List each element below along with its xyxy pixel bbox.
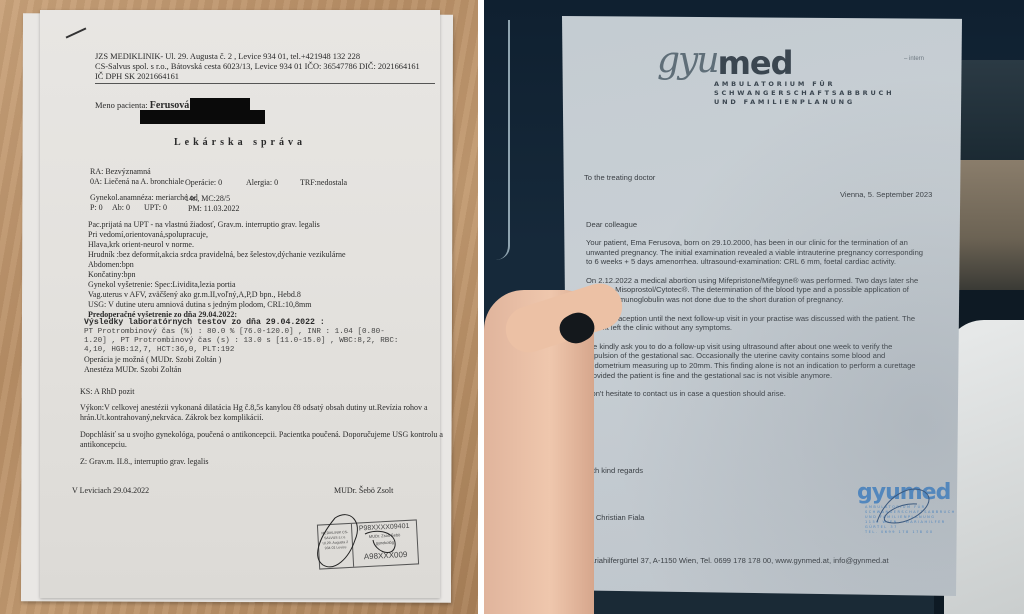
left-photo-wooden-table: JZS MEDIKLINIK- Ul. 29. Augusta č. 2 , L…	[0, 0, 478, 614]
handwritten-signature	[305, 510, 415, 580]
recommendation-block: Dopchlásiť sa u svojho gynekológa, pouče…	[80, 430, 443, 450]
right-photo-car-interior: gyu med AMBULATORIUM FÜR SCHWANGERSCHAFT…	[484, 0, 1024, 614]
letter-body: Your patient, Ema Ferusova, born on 29.1…	[586, 238, 926, 408]
vaginal-exam-block: Vag.uterus v AFV, zväčšený ako gr.m.II,v…	[88, 290, 311, 320]
letterhead-rule	[95, 83, 435, 84]
pen-mark	[66, 27, 87, 38]
letterhead: JZS MEDIKLINIK- Ul. 29. Augusta č. 2 , L…	[95, 52, 435, 84]
medical-report-slovak: JZS MEDIKLINIK- Ul. 29. Augusta č. 2 , L…	[40, 10, 440, 598]
document-title: Lekárska správa	[40, 137, 440, 148]
logo-subtitle: AMBULATORIUM FÜR SCHWANGERSCHAFTSABBRUCH…	[714, 80, 894, 107]
procedure-block: Výkon:V celkovej anestézii vykonaná dila…	[80, 403, 428, 423]
photo-collage: JZS MEDIKLINIK- Ul. 29. Augusta č. 2 , L…	[0, 0, 1024, 614]
exam-block: Pac.prijatá na UPT - na vlastnú žiadosť,…	[88, 220, 346, 290]
redaction-bar	[140, 110, 265, 124]
gynmed-logo: gyu med	[657, 44, 793, 78]
lab-results: Výsledky laboratórnych testov zo dňa 29.…	[84, 318, 398, 375]
car-window-edge	[496, 20, 510, 260]
signature-scribble	[867, 482, 947, 532]
